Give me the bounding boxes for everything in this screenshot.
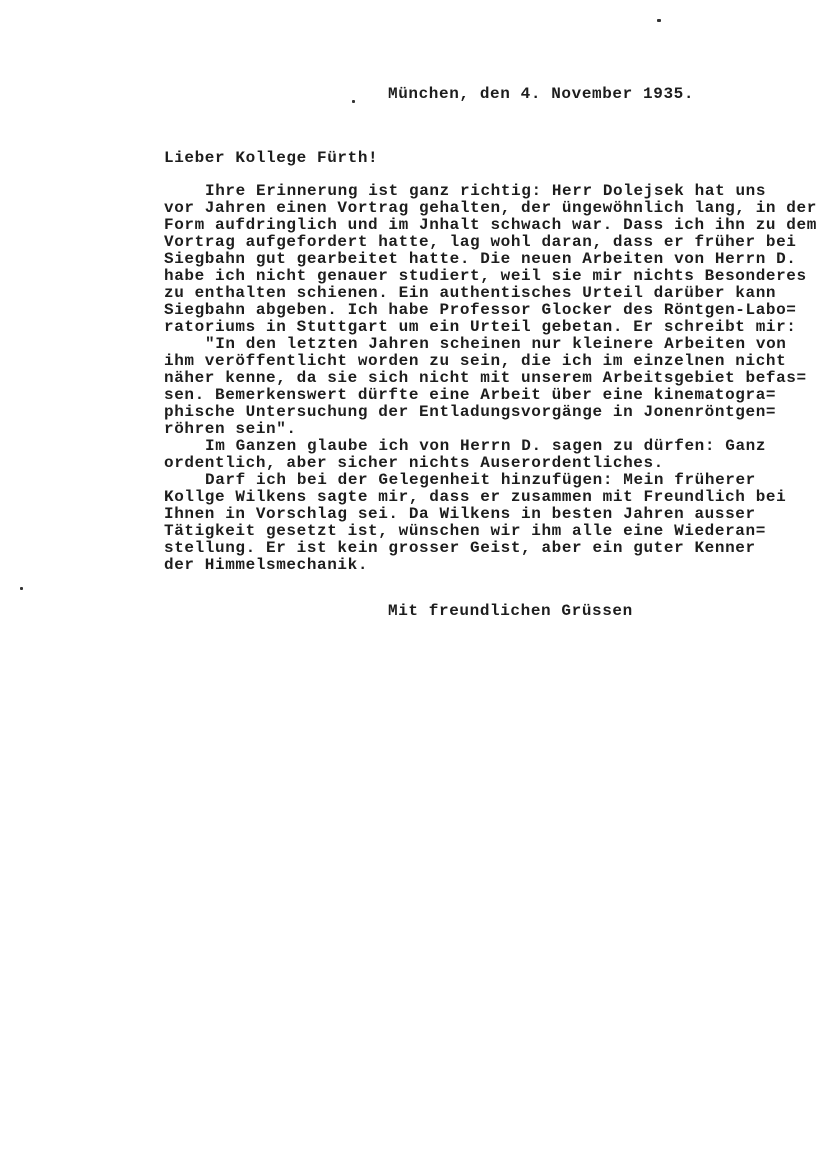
letter-page: München, den 4. November 1935. Lieber Ko… xyxy=(0,0,835,1169)
body-line: ihm veröffentlicht worden zu sein, die i… xyxy=(164,353,826,370)
body-line: Kollge Wilkens sagte mir, dass er zusamm… xyxy=(164,489,826,506)
body-line: Siegbahn abgeben. Ich habe Professor Glo… xyxy=(164,302,826,319)
body-line: ratoriums in Stuttgart um ein Urteil geb… xyxy=(164,319,826,336)
body-line: stellung. Er ist kein grosser Geist, abe… xyxy=(164,540,826,557)
body-line: habe ich nicht genauer studiert, weil si… xyxy=(164,268,826,285)
body-line: der Himmelsmechanik. xyxy=(164,557,826,574)
body-line: Tätigkeit gesetzt ist, wünschen wir ihm … xyxy=(164,523,826,540)
letter-body: Ihre Erinnerung ist ganz richtig: Herr D… xyxy=(164,183,826,574)
scan-speck xyxy=(352,100,355,103)
scan-speck xyxy=(657,19,661,22)
scan-speck xyxy=(20,587,23,590)
body-line: Ihnen in Vorschlag sei. Da Wilkens in be… xyxy=(164,506,826,523)
body-line: Im Ganzen glaube ich von Herrn D. sagen … xyxy=(164,438,826,455)
body-line: vor Jahren einen Vortrag gehalten, der ü… xyxy=(164,200,826,217)
body-line: Form aufdringlich und im Jnhalt schwach … xyxy=(164,217,826,234)
body-line: röhren sein". xyxy=(164,421,826,438)
body-line: Vortrag aufgefordert hatte, lag wohl dar… xyxy=(164,234,826,251)
body-line: "In den letzten Jahren scheinen nur klei… xyxy=(164,336,826,353)
body-line: näher kenne, da sie sich nicht mit unser… xyxy=(164,370,826,387)
body-line: sen. Bemerkenswert dürfte eine Arbeit üb… xyxy=(164,387,826,404)
body-line: Siegbahn gut gearbeitet hatte. Die neuen… xyxy=(164,251,826,268)
body-line: zu enthalten schienen. Ein authentisches… xyxy=(164,285,826,302)
closing: Mit freundlichen Grüssen xyxy=(388,603,633,620)
body-line: phische Untersuchung der Entladungsvorgä… xyxy=(164,404,826,421)
body-line: ordentlich, aber sicher nichts Auserorde… xyxy=(164,455,826,472)
dateline: München, den 4. November 1935. xyxy=(388,86,694,103)
body-line: Darf ich bei der Gelegenheit hinzufügen:… xyxy=(164,472,826,489)
body-line: Ihre Erinnerung ist ganz richtig: Herr D… xyxy=(164,183,826,200)
salutation: Lieber Kollege Fürth! xyxy=(164,150,378,167)
